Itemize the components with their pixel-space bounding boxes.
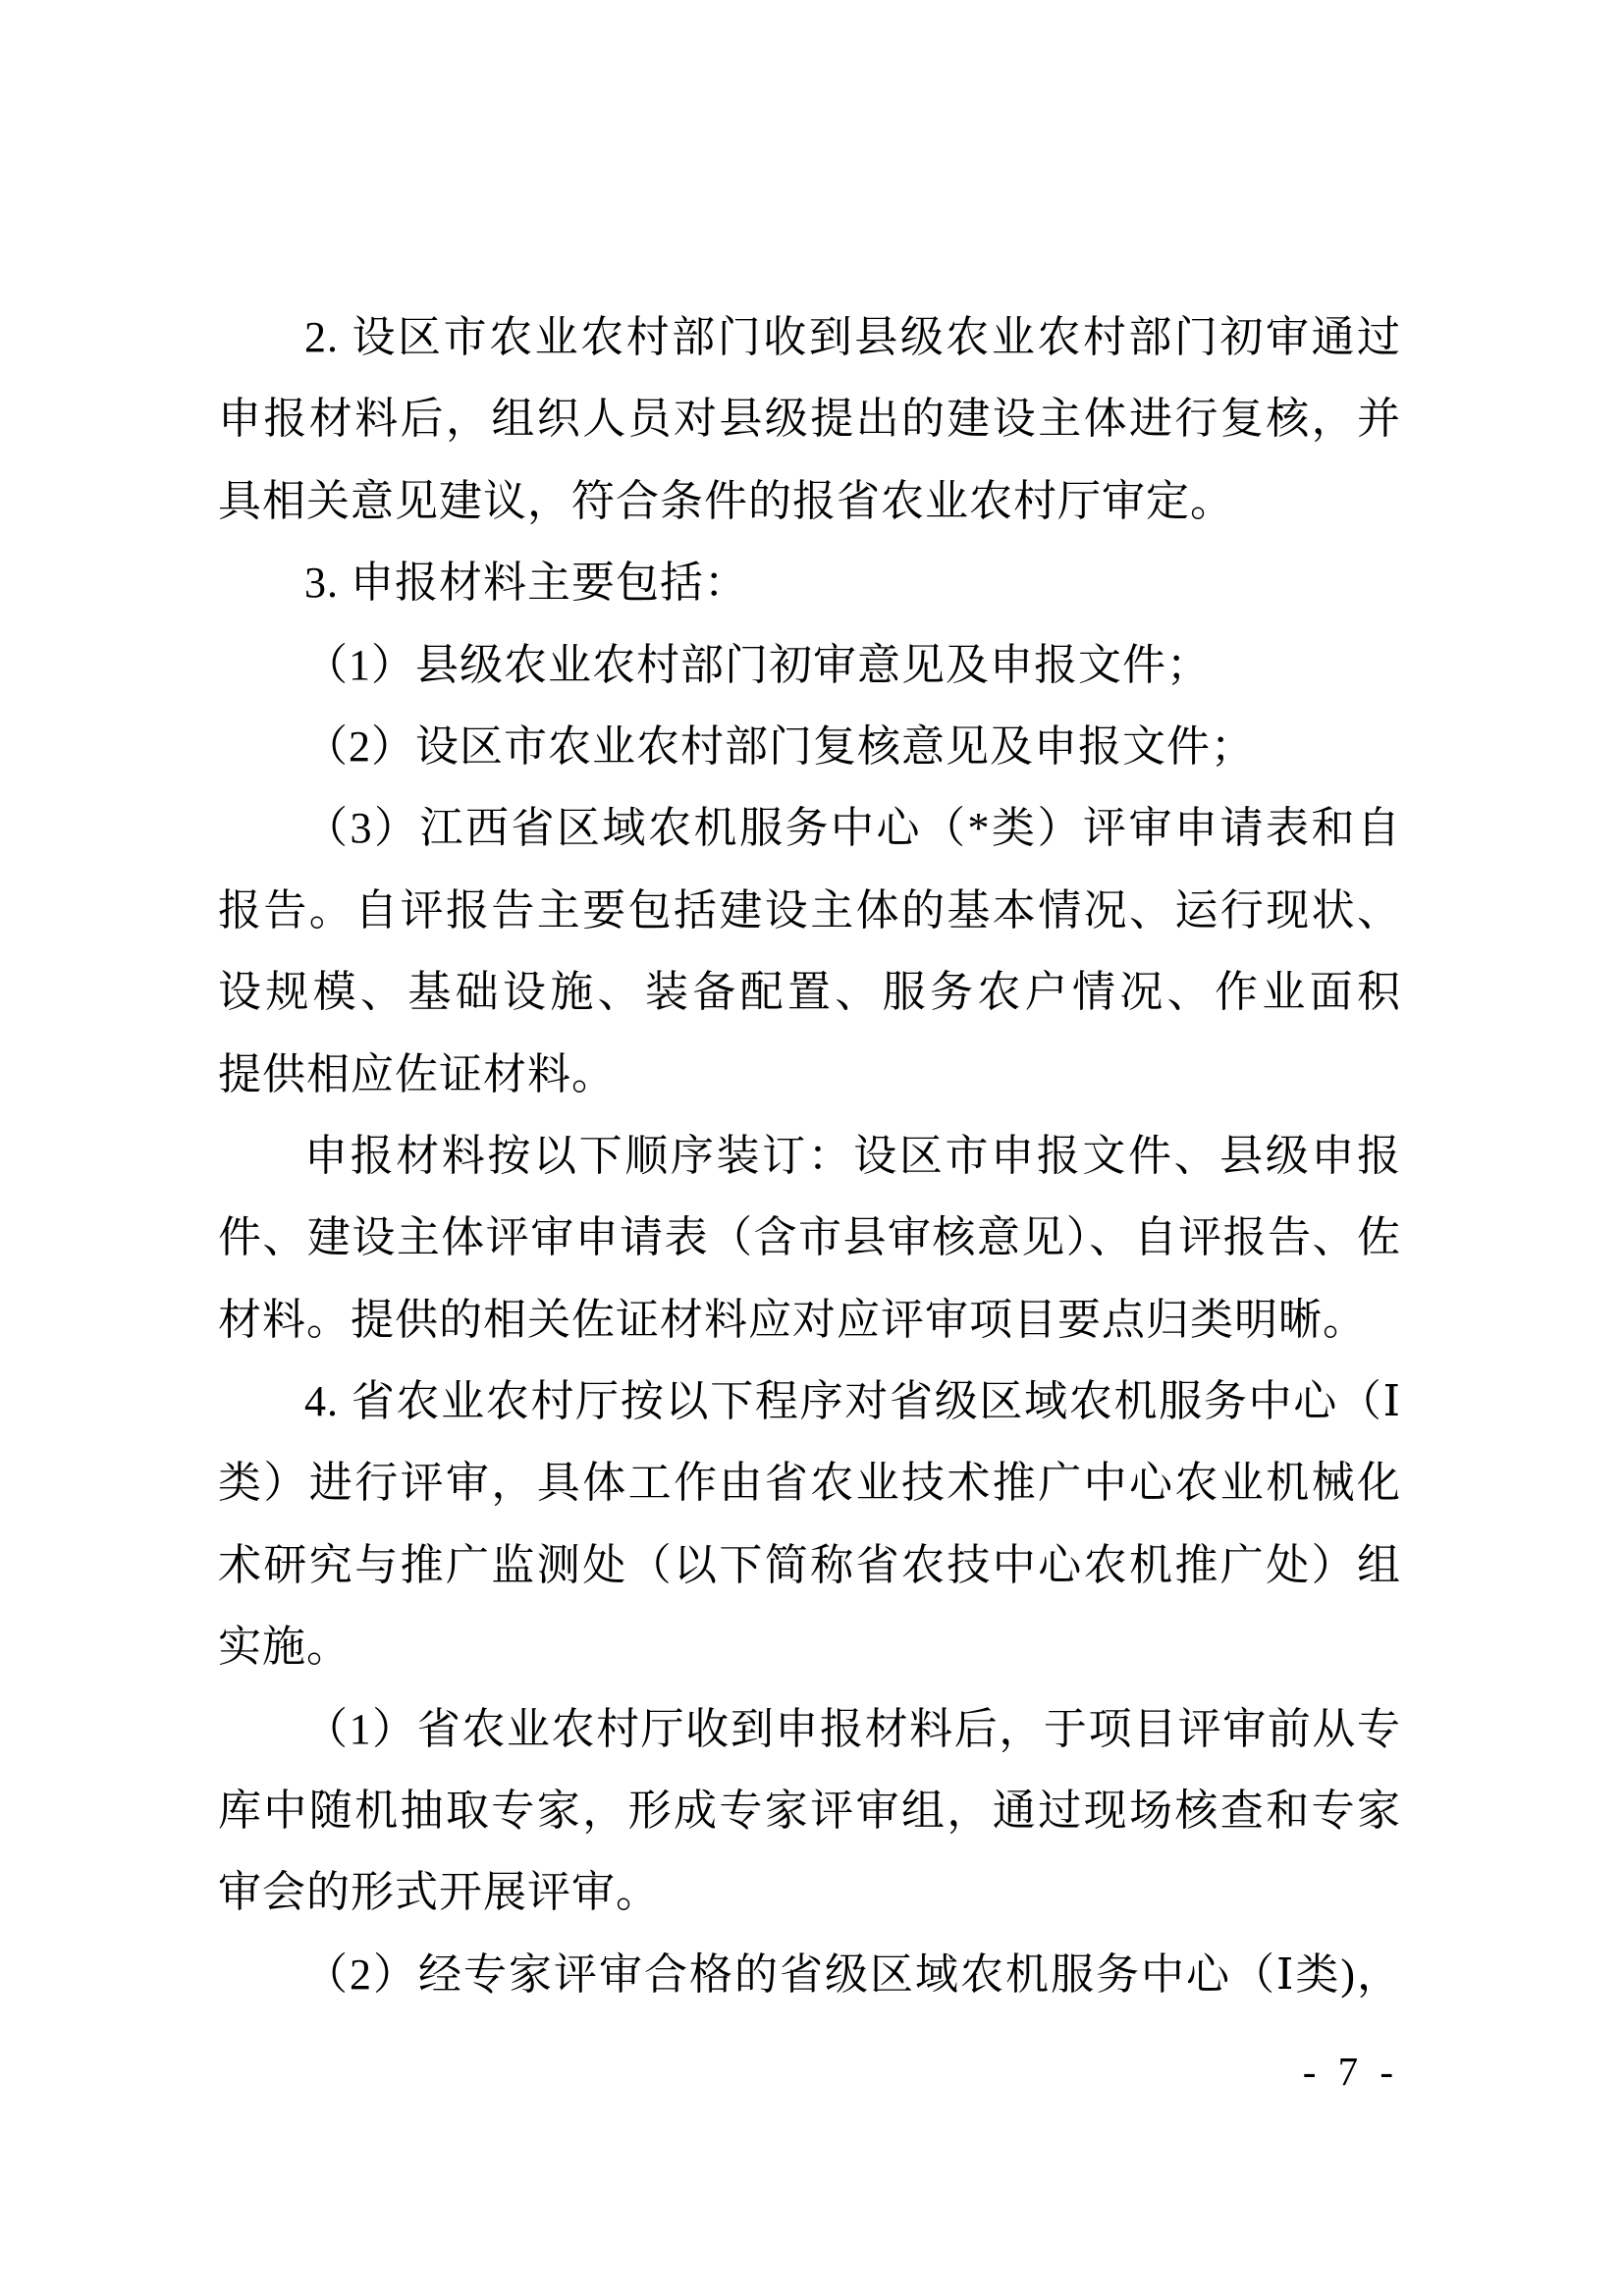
text-line: 4. 省农业农村厅按以下程序对省级区域农机服务中心（Ⅰ xyxy=(218,1361,1401,1442)
text-line: （1）县级农业农村部门初审意见及申报文件； xyxy=(218,624,1401,706)
text-line: 提供相应佐证材料。 xyxy=(218,1034,1401,1115)
text-line: 件、建设主体评审申请表（含市县审核意见）、自评报告、佐证 xyxy=(218,1197,1401,1278)
text-line: 申报材料按以下顺序装订：设区市申报文件、县级申报文 xyxy=(218,1115,1401,1197)
text-line: 术研究与推广监测处（以下简称省农技中心农机推广处）组织 xyxy=(218,1524,1401,1606)
text-line: （2）经专家评审合格的省级区域农机服务中心（Ⅰ类)，由 xyxy=(218,1934,1401,2015)
text-line: 具相关意见建议，符合条件的报省农业农村厅审定。 xyxy=(218,460,1401,542)
text-line: 报告。自评报告主要包括建设主体的基本情况、运行现状、建 xyxy=(218,870,1401,951)
text-line: 设规模、基础设施、装备配置、服务农户情况、作业面积等，并 xyxy=(218,951,1401,1033)
text-line: 2. 设区市农业农村部门收到县级农业农村部门初审通过的 xyxy=(218,296,1401,378)
text-line: 类）进行评审，具体工作由省农业技术推广中心农业机械化技 xyxy=(218,1442,1401,1523)
text-line: （1）省农业农村厅收到申报材料后，于项目评审前从专家 xyxy=(218,1688,1401,1770)
text-line: 库中随机抽取专家，形成专家评审组，通过现场核查和专家评 xyxy=(218,1770,1401,1851)
text-line: 3. 申报材料主要包括： xyxy=(218,542,1401,623)
text-line: 申报材料后，组织人员对县级提出的建设主体进行复核，并出 xyxy=(218,378,1401,459)
document-page: 2. 设区市农业农村部门收到县级农业农村部门初审通过的申报材料后，组织人员对县级… xyxy=(0,0,1624,2296)
text-line: （2）设区市农业农村部门复核意见及申报文件； xyxy=(218,706,1401,787)
page-number: - 7 - xyxy=(1303,2048,1399,2095)
text-line: 材料。提供的相关佐证材料应对应评审项目要点归类明晰。 xyxy=(218,1279,1401,1361)
text-line: 实施。 xyxy=(218,1606,1401,1687)
text-line: （3）江西省区域农机服务中心（*类）评审申请表和自评 xyxy=(218,787,1401,869)
text-line: 审会的形式开展评审。 xyxy=(218,1851,1401,1933)
document-body: 2. 设区市农业农村部门收到县级农业农村部门初审通过的申报材料后，组织人员对县级… xyxy=(218,296,1401,2015)
